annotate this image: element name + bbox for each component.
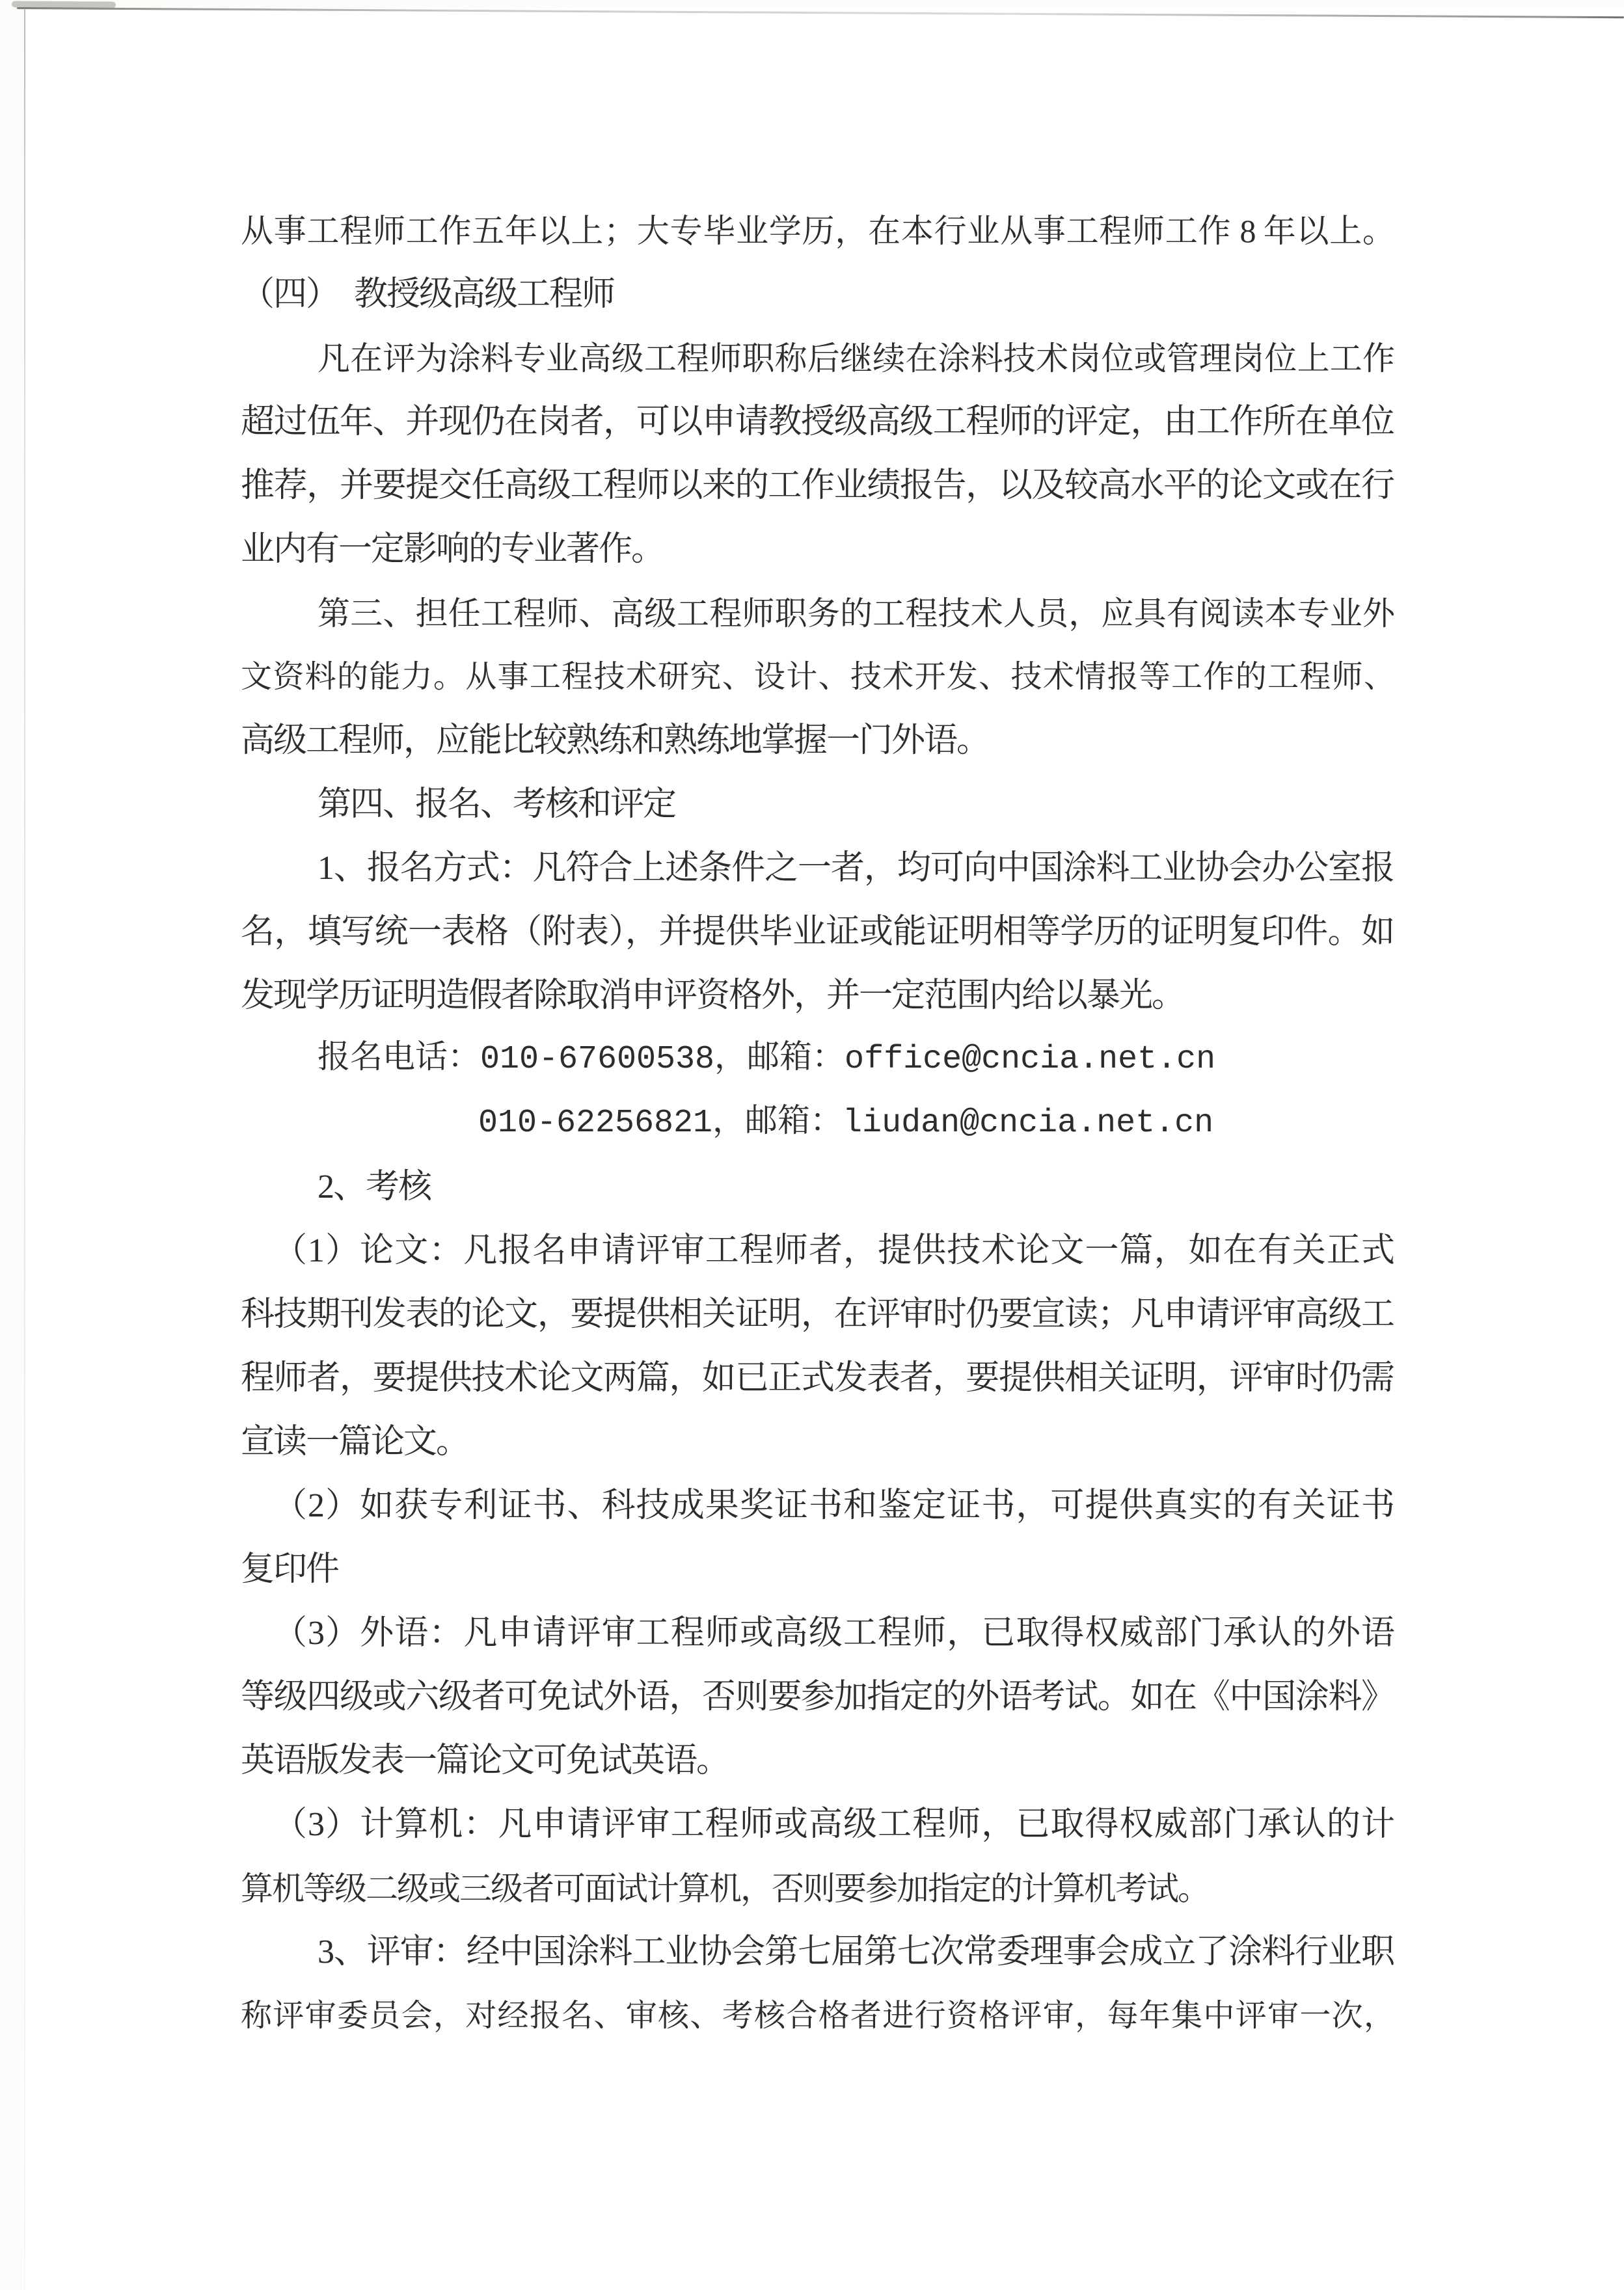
document-line: （1）论文：凡报名申请评审工程师者，提供技术论文一篇，如在有关正式 [241, 1219, 1394, 1283]
section-heading-line: 2、考核 [241, 1155, 1394, 1219]
document-line: 名，填写统一表格（附表），并提供毕业证或能证明相等学历的证明复印件。如 [241, 900, 1394, 964]
document-line: 从事工程师工作五年以上；大专毕业学历，在本行业从事工程师工作 8 年以上。 [241, 199, 1394, 263]
document-line: 复印件 [241, 1538, 1394, 1602]
document-line: 科技期刊发表的论文，要提供相关证明，在评审时仍要宣读；凡申请评审高级工 [241, 1283, 1394, 1347]
page-edge-left [24, 8, 25, 2289]
document-line: 业内有一定影响的专业著作。 [241, 518, 1394, 582]
document-line: 宣读一篇论文。 [241, 1410, 1394, 1474]
document-line: 程师者，要提供技术论文两篇，如已正式发表者，要提供相关证明，评审时仍需 [241, 1347, 1394, 1410]
document-line: 算机等级二级或三级者可面试计算机，否则要参加指定的计算机考试。 [241, 1857, 1394, 1920]
document-line: 1、报名方式：凡符合上述条件之一者，均可向中国涂料工业协会办公室报 [241, 837, 1394, 900]
document-line: 发现学历证明造假者除取消申评资格外，并一定范围内给以暴光。 [241, 964, 1394, 1028]
document-line: 推荐，并要提交任高级工程师以来的工作业绩报告，以及较高水平的论文或在行 [241, 454, 1394, 518]
document-line: 文资料的能力。从事工程技术研究、设计、技术开发、技术情报等工作的工程师、 [241, 645, 1394, 709]
document-line: （3）计算机：凡申请评审工程师或高级工程师，已取得权威部门承认的计 [241, 1793, 1394, 1857]
document-line: （2）如获专利证书、科技成果奖证书和鉴定证书，可提供真实的有关证书 [241, 1474, 1394, 1538]
section-heading-line: 第四、报名、考核和评定 [241, 773, 1394, 837]
document-line: （3）外语：凡申请评审工程师或高级工程师，已取得权威部门承认的外语 [241, 1602, 1394, 1665]
document-line: 等级四级或六级者可免试外语，否则要参加指定的外语考试。如在《中国涂料》 [241, 1665, 1394, 1729]
document-line: 称评审委员会，对经报名、审核、考核合格者进行资格评审，每年集中评审一次， [241, 1984, 1394, 2048]
document-text: 从事工程师工作五年以上；大专毕业学历，在本行业从事工程师工作 8 年以上。 （四… [241, 199, 1394, 2048]
contact-line-phone-email-1: 报名电话：010-67600538，邮箱：office@cncia.net.cn [241, 1028, 1394, 1092]
contact-line-phone-email-2: 010-62256821，邮箱：liudan@cncia.net.cn [241, 1092, 1394, 1155]
document-line: 超过伍年、并现仍在岗者，可以申请教授级高级工程师的评定，由工作所在单位 [241, 390, 1394, 454]
document-line: 英语版发表一篇论文可免试英语。 [241, 1729, 1394, 1793]
document-line: 3、评审：经中国涂料工业协会第七届第七次常委理事会成立了涂料行业职 [241, 1920, 1394, 1984]
section-heading-line: 第三、担任工程师、高级工程师职务的工程技术人员，应具有阅读本专业外 [241, 582, 1394, 645]
scanned-page-canvas: 从事工程师工作五年以上；大专毕业学历，在本行业从事工程师工作 8 年以上。 （四… [0, 0, 1624, 2290]
document-line: 高级工程师，应能比较熟练和熟练地掌握一门外语。 [241, 709, 1394, 773]
document-line: 凡在评为涂料专业高级工程师职称后继续在涂料技术岗位或管理岗位上工作 [241, 327, 1394, 390]
subheading-line: （四） 教授级高级工程师 [241, 263, 1394, 327]
